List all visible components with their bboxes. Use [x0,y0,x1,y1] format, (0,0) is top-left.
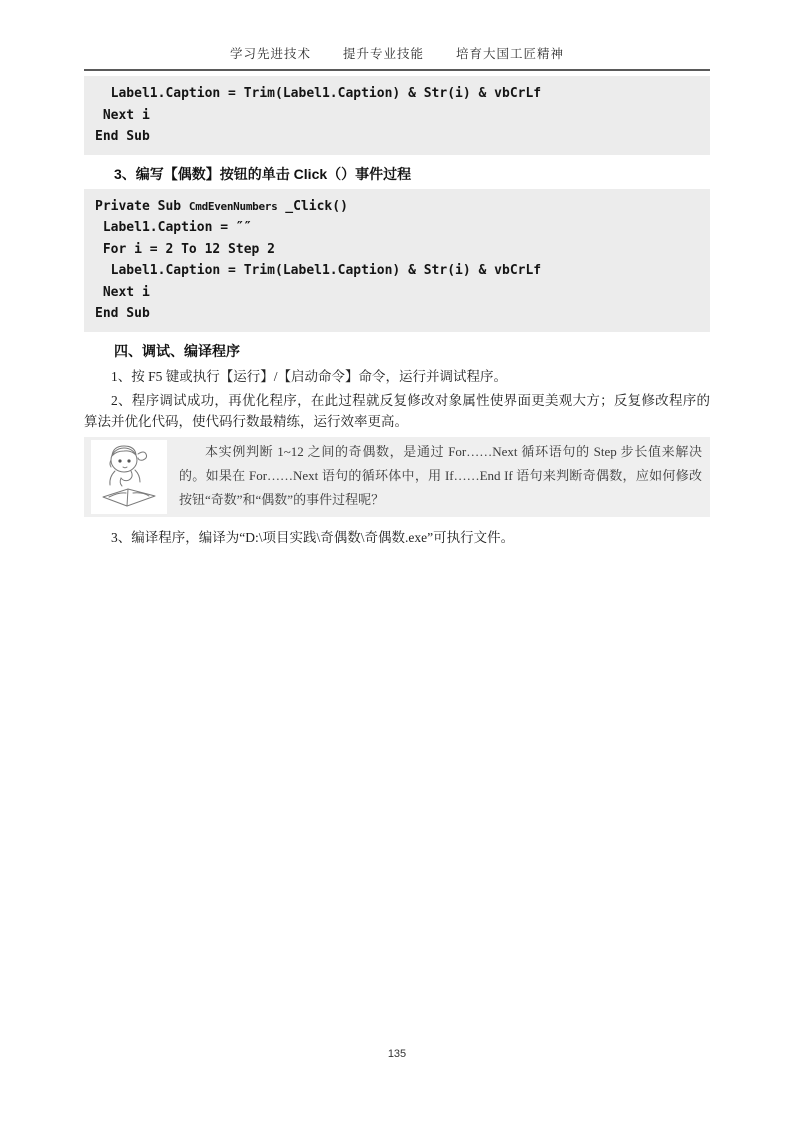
paragraph-compile-exe: 3、编译程序，编译为“D:\项目实践\奇偶数\奇偶数.exe”可执行文件。 [84,527,710,548]
code-line: Label1.Caption = Trim(Label1.Caption) & … [95,260,702,282]
header-motto-3: 培育大国工匠精神 [456,47,564,61]
code-decl-post: _Click() [277,199,347,214]
thinking-child-icon [91,440,167,514]
section-title-debug-compile: 四、调试、编译程序 [84,341,710,361]
code-line: Next i [95,105,702,127]
heading-even-button: 3、编写【偶数】按钮的单击 Click（）事件过程 [84,164,710,184]
code-block-odd-end: Label1.Caption = Trim(Label1.Caption) & … [84,76,710,155]
code-line: End Sub [95,126,702,148]
thinking-child-illustration [91,440,167,514]
code-line: Next i [95,282,702,304]
page-header: 学习先进技术 提升专业技能 培育大国工匠精神 [84,0,710,71]
tip-text: 本实例判断 1~12 之间的奇偶数，是通过 For……Next 循环语句的 St… [167,440,706,512]
paragraph-run-debug: 1、按 F5 键或执行【运行】/【启动命令】命令，运行并调试程序。 [84,366,710,387]
code-line: Label1.Caption = ″″ [95,217,702,239]
tip-callout: 本实例判断 1~12 之间的奇偶数，是通过 For……Next 循环语句的 St… [84,437,710,517]
code-decl-pre: Private Sub [95,199,189,214]
code-line: For i = 2 To 12 Step 2 [95,239,702,261]
page-number: 135 [0,1048,794,1060]
header-motto-1: 学习先进技术 [230,47,311,61]
header-motto-2: 提升专业技能 [343,47,424,61]
code-block-even-numbers: Private Sub CmdEvenNumbers _Click() Labe… [84,189,710,332]
document-page: 学习先进技术 提升专业技能 培育大国工匠精神 Label1.Caption = … [0,0,794,1123]
code-proc-name: CmdEvenNumbers [189,200,278,213]
code-line: Label1.Caption = Trim(Label1.Caption) & … [95,83,702,105]
code-line: End Sub [95,303,702,325]
page-content: Label1.Caption = Trim(Label1.Caption) & … [84,76,710,548]
paragraph-optimize: 2、程序调试成功，再优化程序，在此过程就反复修改对象属性使界面更美观大方；反复修… [84,390,710,432]
code-line-declaration: Private Sub CmdEvenNumbers _Click() [95,196,702,218]
